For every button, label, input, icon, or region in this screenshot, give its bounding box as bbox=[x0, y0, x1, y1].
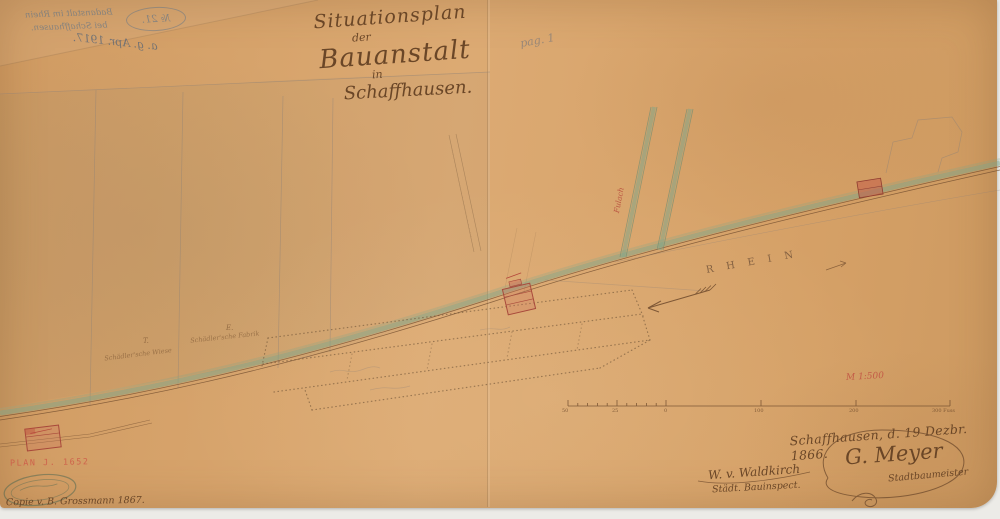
riverside-building bbox=[857, 178, 883, 198]
jetty-line-1 bbox=[0, 420, 150, 444]
parcel1-index: T. bbox=[143, 337, 149, 345]
scale-tick-label: 300 Fuss bbox=[932, 408, 955, 414]
building-outline-pencil bbox=[886, 117, 962, 173]
scale-tick-label: 25 bbox=[612, 408, 618, 414]
scale-ratio-label: M 1:500 bbox=[846, 371, 884, 383]
plan-number-stamp: PLAN J. 1652 bbox=[10, 457, 90, 468]
small-direction-arrow-icon bbox=[826, 261, 846, 270]
shore-bathhouse bbox=[25, 425, 61, 451]
parcel2-index: E. bbox=[226, 324, 233, 332]
scale-tick-label: 200 bbox=[849, 408, 859, 414]
scale-tick-label: 100 bbox=[754, 408, 764, 414]
jetty-line-2 bbox=[0, 423, 152, 447]
scale-tick-label: 50 bbox=[562, 408, 568, 414]
scanned-plan-page: Badanstalt im Rhein bei Schaffhausen. № … bbox=[0, 0, 1000, 519]
flow-arrow-icon bbox=[648, 284, 716, 312]
plan-title-line4: in bbox=[372, 68, 383, 82]
scale-tick-label: 0 bbox=[664, 408, 667, 414]
scale-bar bbox=[568, 400, 950, 406]
